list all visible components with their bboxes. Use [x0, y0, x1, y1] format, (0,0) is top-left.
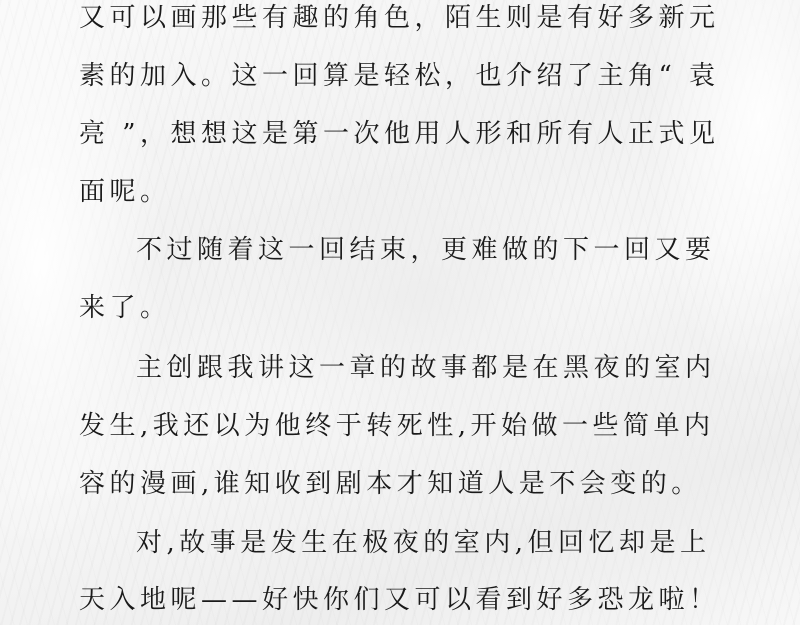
text-line: 亮 ”，想想这是第一次他用人形和所有人正式见	[79, 117, 720, 151]
document-page: 又可以画那些有趣的角色，陌生则是有好多新元 素的加入。这一回算是轻松，也介绍了主…	[0, 0, 800, 625]
text-line: 天入地呢——好快你们又可以看到好多恐龙啦！	[79, 583, 720, 617]
text-line: 对,故事是发生在极夜的室内,但回忆却是上	[136, 526, 711, 560]
text-line: 又可以画那些有趣的角色，陌生则是有好多新元	[79, 1, 720, 35]
text-line: 容的漫画,谁知收到剧本才知道人是不会变的。	[79, 467, 702, 501]
text-line: 面呢。	[79, 175, 171, 209]
text-line: 主创跟我讲这一章的故事都是在黑夜的室内	[136, 351, 716, 385]
text-line: 来了。	[79, 291, 171, 325]
text-line: 不过随着这一回结束，更难做的下一回又要	[136, 233, 716, 267]
text-line: 发生,我还以为他终于转死性,开始做一些简单内	[79, 409, 715, 443]
text-line: 素的加入。这一回算是轻松，也介绍了主角“ 袁	[79, 59, 720, 93]
